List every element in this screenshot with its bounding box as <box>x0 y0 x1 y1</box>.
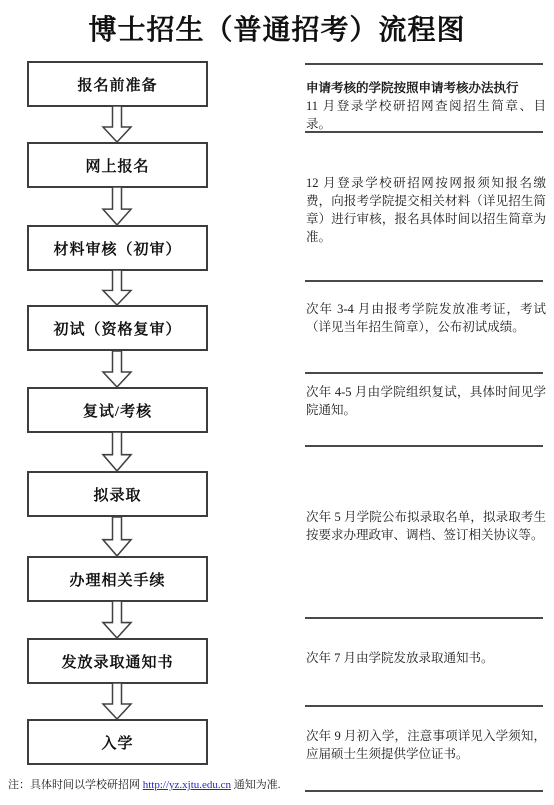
down-arrow-icon <box>100 683 134 720</box>
annotation-text: 次年 9 月初入学，注意事项详见入学须知，应届硕士生须提供学位证书。 <box>306 729 546 761</box>
flow-step-label: 报名前准备 <box>77 74 157 95</box>
flow-step-label: 网上报名 <box>85 155 149 176</box>
footer-note-prefix: 注：具体时间以学校研招网 <box>8 779 143 791</box>
flow-step-label: 复试/考核 <box>83 400 152 421</box>
flow-step-reexam-assessment: 复试/考核 <box>27 387 208 433</box>
footer-note: 注：具体时间以学校研招网 http://yz.xjtu.edu.cn 通知为准. <box>8 778 548 792</box>
separator-line <box>305 617 543 619</box>
flowchart-page: 博士招生（普通招考）流程图 报名前准备 网上报名 材料审核（初审） 初试（资格复… <box>0 0 554 805</box>
annotation-text: 11 月登录学校研招网查阅招生简章、目录。 <box>306 99 546 131</box>
flow-step-admission-letter: 发放录取通知书 <box>27 638 208 684</box>
annotation-pre-registration: 申请考核的学院按照申请考核办法执行 11 月登录学校研招网查阅招生简章、目录。 <box>306 79 546 133</box>
flow-step-initial-exam: 初试（资格复审） <box>27 305 208 351</box>
down-arrow-icon <box>100 106 134 143</box>
flow-step-label: 初试（资格复审） <box>53 318 181 339</box>
separator-line <box>305 280 543 282</box>
footer-note-suffix: 通知为准. <box>231 779 281 791</box>
down-arrow-icon <box>100 601 134 639</box>
flow-step-online-registration: 网上报名 <box>27 142 208 188</box>
down-arrow-icon <box>100 351 134 388</box>
separator-line <box>305 372 543 374</box>
annotation-enrollment: 次年 9 月初入学，注意事项详见入学须知，应届硕士生须提供学位证书。 <box>306 727 546 763</box>
annotation-text: 12 月登录学校研招网按网报须知报名缴费，向报考学院提交相关材料（详见招生简章）… <box>306 176 546 244</box>
separator-line <box>305 63 543 65</box>
annotation-admission-letter: 次年 7 月由学院发放录取通知书。 <box>306 649 546 667</box>
flow-step-material-review: 材料审核（初审） <box>27 225 208 271</box>
down-arrow-icon <box>100 517 134 557</box>
flow-step-label: 拟录取 <box>93 484 141 505</box>
separator-line <box>305 705 543 707</box>
flow-step-proposed-admission: 拟录取 <box>27 471 208 517</box>
down-arrow-icon <box>100 270 134 306</box>
annotation-proposed-admission: 次年 5 月学院公布拟录取名单，拟录取考生按要求办理政审、调档、签订相关协议等。 <box>306 508 546 544</box>
annotation-bold-line: 申请考核的学院按照申请考核办法执行 <box>306 79 546 97</box>
flow-step-label: 办理相关手续 <box>69 569 165 590</box>
page-title: 博士招生（普通招考）流程图 <box>0 8 554 48</box>
down-arrow-icon <box>100 187 134 226</box>
annotation-initial-exam: 次年 3-4 月由报考学院发放准考证，考试（详见当年招生简章），公布初试成绩。 <box>306 300 546 336</box>
flow-step-enrollment: 入学 <box>27 719 208 765</box>
down-arrow-icon <box>100 432 134 472</box>
annotation-text: 次年 5 月学院公布拟录取名单，拟录取考生按要求办理政审、调档、签订相关协议等。 <box>306 510 546 542</box>
annotation-text: 次年 4-5 月由学院组织复试，具体时间见学院通知。 <box>306 385 546 417</box>
flow-step-label: 入学 <box>101 732 133 753</box>
flow-step-procedures: 办理相关手续 <box>27 556 208 602</box>
annotation-online-registration: 12 月登录学校研招网按网报须知报名缴费，向报考学院提交相关材料（详见招生简章）… <box>306 174 546 246</box>
flow-step-pre-registration: 报名前准备 <box>27 61 208 107</box>
annotation-text: 次年 3-4 月由报考学院发放准考证，考试（详见当年招生简章），公布初试成绩。 <box>306 302 546 334</box>
separator-line <box>305 445 543 447</box>
yanzhao-site-link[interactable]: http://yz.xjtu.edu.cn <box>143 779 231 791</box>
annotation-reexam: 次年 4-5 月由学院组织复试，具体时间见学院通知。 <box>306 383 546 419</box>
flow-step-label: 发放录取通知书 <box>61 651 173 672</box>
flow-step-label: 材料审核（初审） <box>53 238 181 259</box>
annotation-text: 次年 7 月由学院发放录取通知书。 <box>306 651 494 665</box>
